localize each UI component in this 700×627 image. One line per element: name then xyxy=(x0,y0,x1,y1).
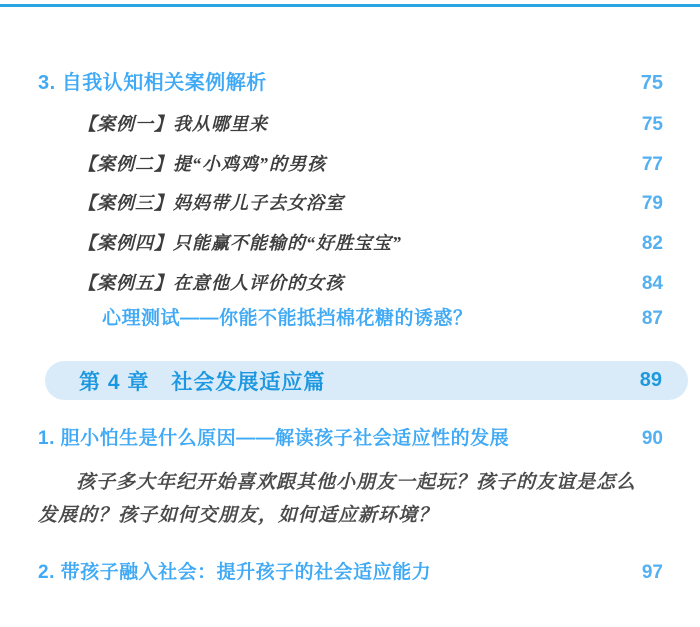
section-2-title: 2. 带孩子融入社会：提升孩子的社会适应能力 xyxy=(38,557,431,584)
chapter-number-label: 第 4 章 xyxy=(79,371,149,394)
psych-test-title: 心理测试——你能不能抵挡棉花糖的诱惑？ xyxy=(38,303,473,330)
section-3-page-number: 75 xyxy=(641,72,663,95)
toc-entry-case-4: 【案例四】只能赢不能输的“好胜宝宝” 82 xyxy=(38,229,663,255)
toc-page: 3. 自我认知相关案例解析 75 【案例一】我从哪里来 75 【案例二】提“小鸡… xyxy=(0,0,700,627)
section-1-title: 1. 胆小怕生是什么原因——解读孩子社会适应性的发展 xyxy=(38,423,509,450)
case-2-title: 【案例二】提“小鸡鸡”的男孩 xyxy=(38,150,326,176)
case-4-title: 【案例四】只能赢不能输的“好胜宝宝” xyxy=(38,229,402,255)
toc-entry-psych-test: 心理测试——你能不能抵挡棉花糖的诱惑？ 87 xyxy=(38,303,663,330)
section-3-title: 3. 自我认知相关案例解析 xyxy=(38,66,267,95)
chapter-title-label: 社会发展适应篇 xyxy=(171,371,325,394)
case-5-page-number: 84 xyxy=(642,273,663,295)
toc-entry-case-2: 【案例二】提“小鸡鸡”的男孩 77 xyxy=(38,150,663,176)
case-5-title: 【案例五】在意他人评价的女孩 xyxy=(38,269,344,295)
toc-entry-section-2: 2. 带孩子融入社会：提升孩子的社会适应能力 97 xyxy=(38,557,663,584)
section-2-page-number: 97 xyxy=(642,562,663,584)
chapter-4-title: 第 4 章社会发展适应篇 xyxy=(79,366,325,396)
section-1-intro-paragraph: 孩子多大年纪开始喜欢跟其他小朋友一起玩？孩子的友谊是怎么 发展的？孩子如何交朋友… xyxy=(38,466,666,532)
toc-entry-chapter-4: 第 4 章社会发展适应篇 89 xyxy=(45,361,688,400)
toc-entry-case-1: 【案例一】我从哪里来 75 xyxy=(38,110,663,136)
case-3-page-number: 79 xyxy=(642,193,663,215)
case-3-title: 【案例三】妈妈带儿子去女浴室 xyxy=(38,189,344,215)
case-2-page-number: 77 xyxy=(642,154,663,176)
intro-line-2: 发展的？孩子如何交朋友，如何适应新环境？ xyxy=(38,499,666,532)
toc-entry-case-5: 【案例五】在意他人评价的女孩 84 xyxy=(38,269,663,295)
section-1-page-number: 90 xyxy=(642,428,663,450)
case-1-title: 【案例一】我从哪里来 xyxy=(38,110,268,136)
chapter-4-page-number: 89 xyxy=(640,369,662,392)
toc-entry-section-1: 1. 胆小怕生是什么原因——解读孩子社会适应性的发展 90 xyxy=(38,423,663,450)
case-4-page-number: 82 xyxy=(642,233,663,255)
case-1-page-number: 75 xyxy=(642,114,663,136)
psych-test-page-number: 87 xyxy=(642,308,663,330)
top-divider-line xyxy=(0,4,700,7)
toc-entry-section-3: 3. 自我认知相关案例解析 75 xyxy=(38,66,663,95)
intro-line-1: 孩子多大年纪开始喜欢跟其他小朋友一起玩？孩子的友谊是怎么 xyxy=(38,466,666,499)
toc-entry-case-3: 【案例三】妈妈带儿子去女浴室 79 xyxy=(38,189,663,215)
